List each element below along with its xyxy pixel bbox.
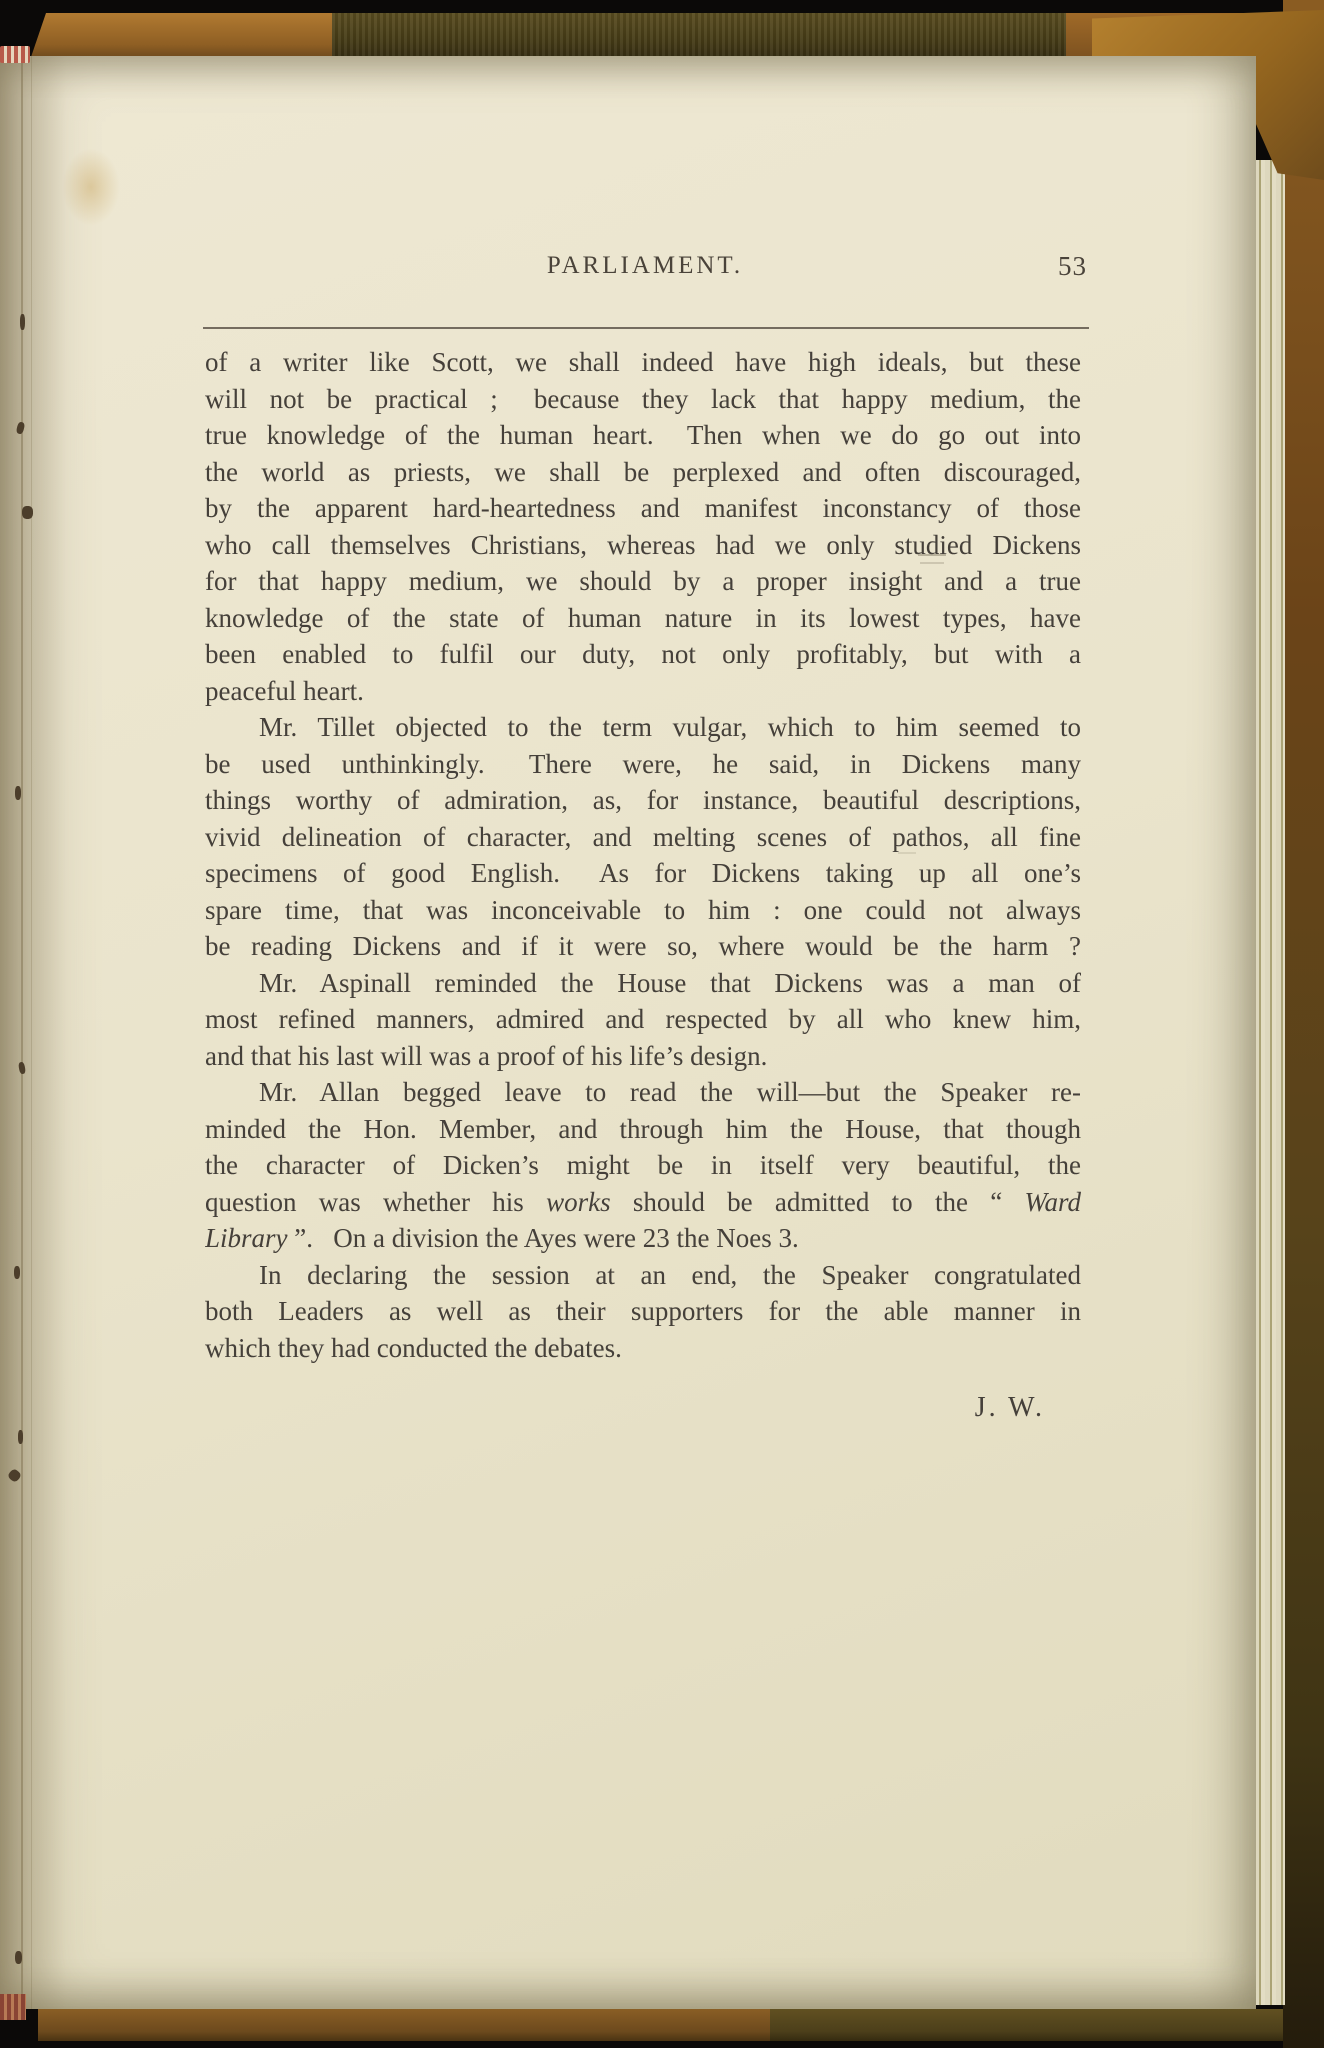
text-segment: Mr. Aspinall reminded the House that Dic… [259, 968, 1081, 998]
text-line: and that his last will was a proof of hi… [205, 1038, 1081, 1075]
text-line: Mr. Tillet objected to the term vulgar, … [205, 709, 1081, 746]
text-segment: In declaring the session at an end, the … [259, 1260, 1081, 1290]
text-line: be reading Dickens and if it were so, wh… [205, 928, 1081, 965]
text-line: Mr. Aspinall reminded the House that Dic… [205, 965, 1081, 1002]
sewing-mark [15, 1951, 22, 1964]
text-segment: spare time, that was inconceivable to hi… [205, 895, 1081, 925]
text-line: knowledge of the state of human nature i… [205, 600, 1081, 637]
text-segment: the world as priests, we shall be perple… [205, 457, 1081, 487]
text-block: of a writer like Scott, we shall indeed … [205, 344, 1081, 1366]
text-segment: who call themselves Christians, whereas … [205, 530, 1081, 560]
text-segment: ”. On a division the Ayes were 23 the No… [288, 1223, 799, 1253]
sewing-mark [15, 786, 21, 800]
binding-bottom-edge [0, 2009, 1283, 2041]
sewing-mark [22, 506, 33, 519]
italic-text: Ward [1024, 1187, 1081, 1217]
text-segment: minded the Hon. Member, and through him … [205, 1114, 1081, 1144]
text-line: both Leaders as well as their supporters… [205, 1293, 1081, 1330]
text-segment: for that happy medium, we should by a pr… [205, 566, 1081, 596]
text-segment: been enabled to fulfil our duty, not onl… [205, 639, 1081, 669]
text-line: the character of Dicken’s might be in it… [205, 1147, 1081, 1184]
page-stain [62, 148, 120, 226]
page-number: 53 [1058, 251, 1087, 282]
text-line: Mr. Allan begged leave to read the will—… [205, 1074, 1081, 1111]
sewing-mark [20, 314, 25, 330]
leather-texture [332, 13, 1066, 58]
author-initials: J. W. [205, 1392, 1081, 1424]
text-line: by the apparent hard-heartedness and man… [205, 490, 1081, 527]
text-segment: knowledge of the state of human nature i… [205, 603, 1081, 633]
binding-segment [0, 13, 332, 58]
text-line: which they had conducted the debates. [205, 1330, 1081, 1367]
leather-cover-right [1283, 0, 1324, 2048]
text-segment: specimens of good English. As for Dicken… [205, 858, 1081, 888]
binding-segment [770, 2009, 1283, 2041]
gutter-shadow [0, 56, 78, 2009]
italic-text: Library [205, 1223, 288, 1253]
endband-top [0, 46, 30, 63]
text-segment: which they had conducted the debates. [205, 1333, 622, 1363]
binding-segment [38, 2009, 770, 2041]
text-line: peaceful heart. [205, 673, 1081, 710]
text-line: vivid delineation of character, and melt… [205, 819, 1081, 856]
text-segment: of a writer like Scott, we shall indeed … [205, 347, 1081, 377]
text-line: things worthy of admiration, as, for ins… [205, 782, 1081, 819]
text-line: true knowledge of the human heart. Then … [205, 417, 1081, 454]
text-segment: vivid delineation of character, and melt… [205, 822, 1081, 852]
text-line: be used unthinkingly. There were, he sai… [205, 746, 1081, 783]
paragraph: Mr. Aspinall reminded the House that Dic… [205, 965, 1081, 1075]
text-segment: by the apparent hard-heartedness and man… [205, 493, 1081, 523]
paragraph: Mr. Tillet objected to the term vulgar, … [205, 709, 1081, 965]
text-segment: be reading Dickens and if it were so, wh… [205, 931, 1081, 961]
page-title: PARLIAMENT. [203, 252, 1087, 280]
endband-bottom [0, 1994, 26, 2020]
text-segment: be used unthinkingly. There were, he sai… [205, 749, 1081, 779]
book-page: PARLIAMENT. 53 of a writer like Scott, w… [0, 56, 1256, 2009]
text-segment: both Leaders as well as their supporters… [205, 1296, 1081, 1326]
italic-text: works [546, 1187, 611, 1217]
text-segment: peaceful heart. [205, 676, 364, 706]
text-line: question was whether his works should be… [205, 1184, 1081, 1221]
text-segment: and that his last will was a proof of hi… [205, 1041, 767, 1071]
page-edge-stack [1254, 160, 1285, 2005]
sewing-mark [18, 1430, 23, 1444]
text-line: been enabled to fulfil our duty, not onl… [205, 636, 1081, 673]
book-photo: PARLIAMENT. 53 of a writer like Scott, w… [0, 0, 1324, 2048]
text-line: of a writer like Scott, we shall indeed … [205, 344, 1081, 381]
sewing-mark [14, 1266, 20, 1279]
header-divider-rule [203, 327, 1089, 329]
paragraph: In declaring the session at an end, the … [205, 1257, 1081, 1367]
text-line: the world as priests, we shall be perple… [205, 454, 1081, 491]
text-segment: things worthy of admiration, as, for ins… [205, 785, 1081, 815]
text-line: most refined manners, admired and respec… [205, 1001, 1081, 1038]
text-line: will not be practical ; because they lac… [205, 381, 1081, 418]
text-line: In declaring the session at an end, the … [205, 1257, 1081, 1294]
text-line: for that happy medium, we should by a pr… [205, 563, 1081, 600]
running-header: PARLIAMENT. 53 [203, 252, 1087, 286]
text-line: who call themselves Christians, whereas … [205, 527, 1081, 564]
gutter-crease [21, 56, 23, 2009]
text-segment: question was whether his [205, 1187, 546, 1217]
text-segment: Mr. Tillet objected to the term vulgar, … [259, 712, 1081, 742]
text-segment: Mr. Allan begged leave to read the will—… [259, 1077, 1081, 1107]
text-segment: should be admitted to the “ [611, 1187, 1025, 1217]
text-line: specimens of good English. As for Dicken… [205, 855, 1081, 892]
paragraph: of a writer like Scott, we shall indeed … [205, 344, 1081, 709]
text-line: spare time, that was inconceivable to hi… [205, 892, 1081, 929]
binding-segment [332, 13, 1066, 58]
gutter-crease [31, 56, 32, 2009]
text-segment: true knowledge of the human heart. Then … [205, 420, 1081, 450]
text-segment: the character of Dicken’s might be in it… [205, 1150, 1081, 1180]
text-segment: will not be practical ; because they lac… [205, 384, 1081, 414]
text-segment: most refined manners, admired and respec… [205, 1004, 1081, 1034]
text-line: Library ”. On a division the Ayes were 2… [205, 1220, 1081, 1257]
paragraph: Mr. Allan begged leave to read the will—… [205, 1074, 1081, 1257]
text-line: minded the Hon. Member, and through him … [205, 1111, 1081, 1148]
